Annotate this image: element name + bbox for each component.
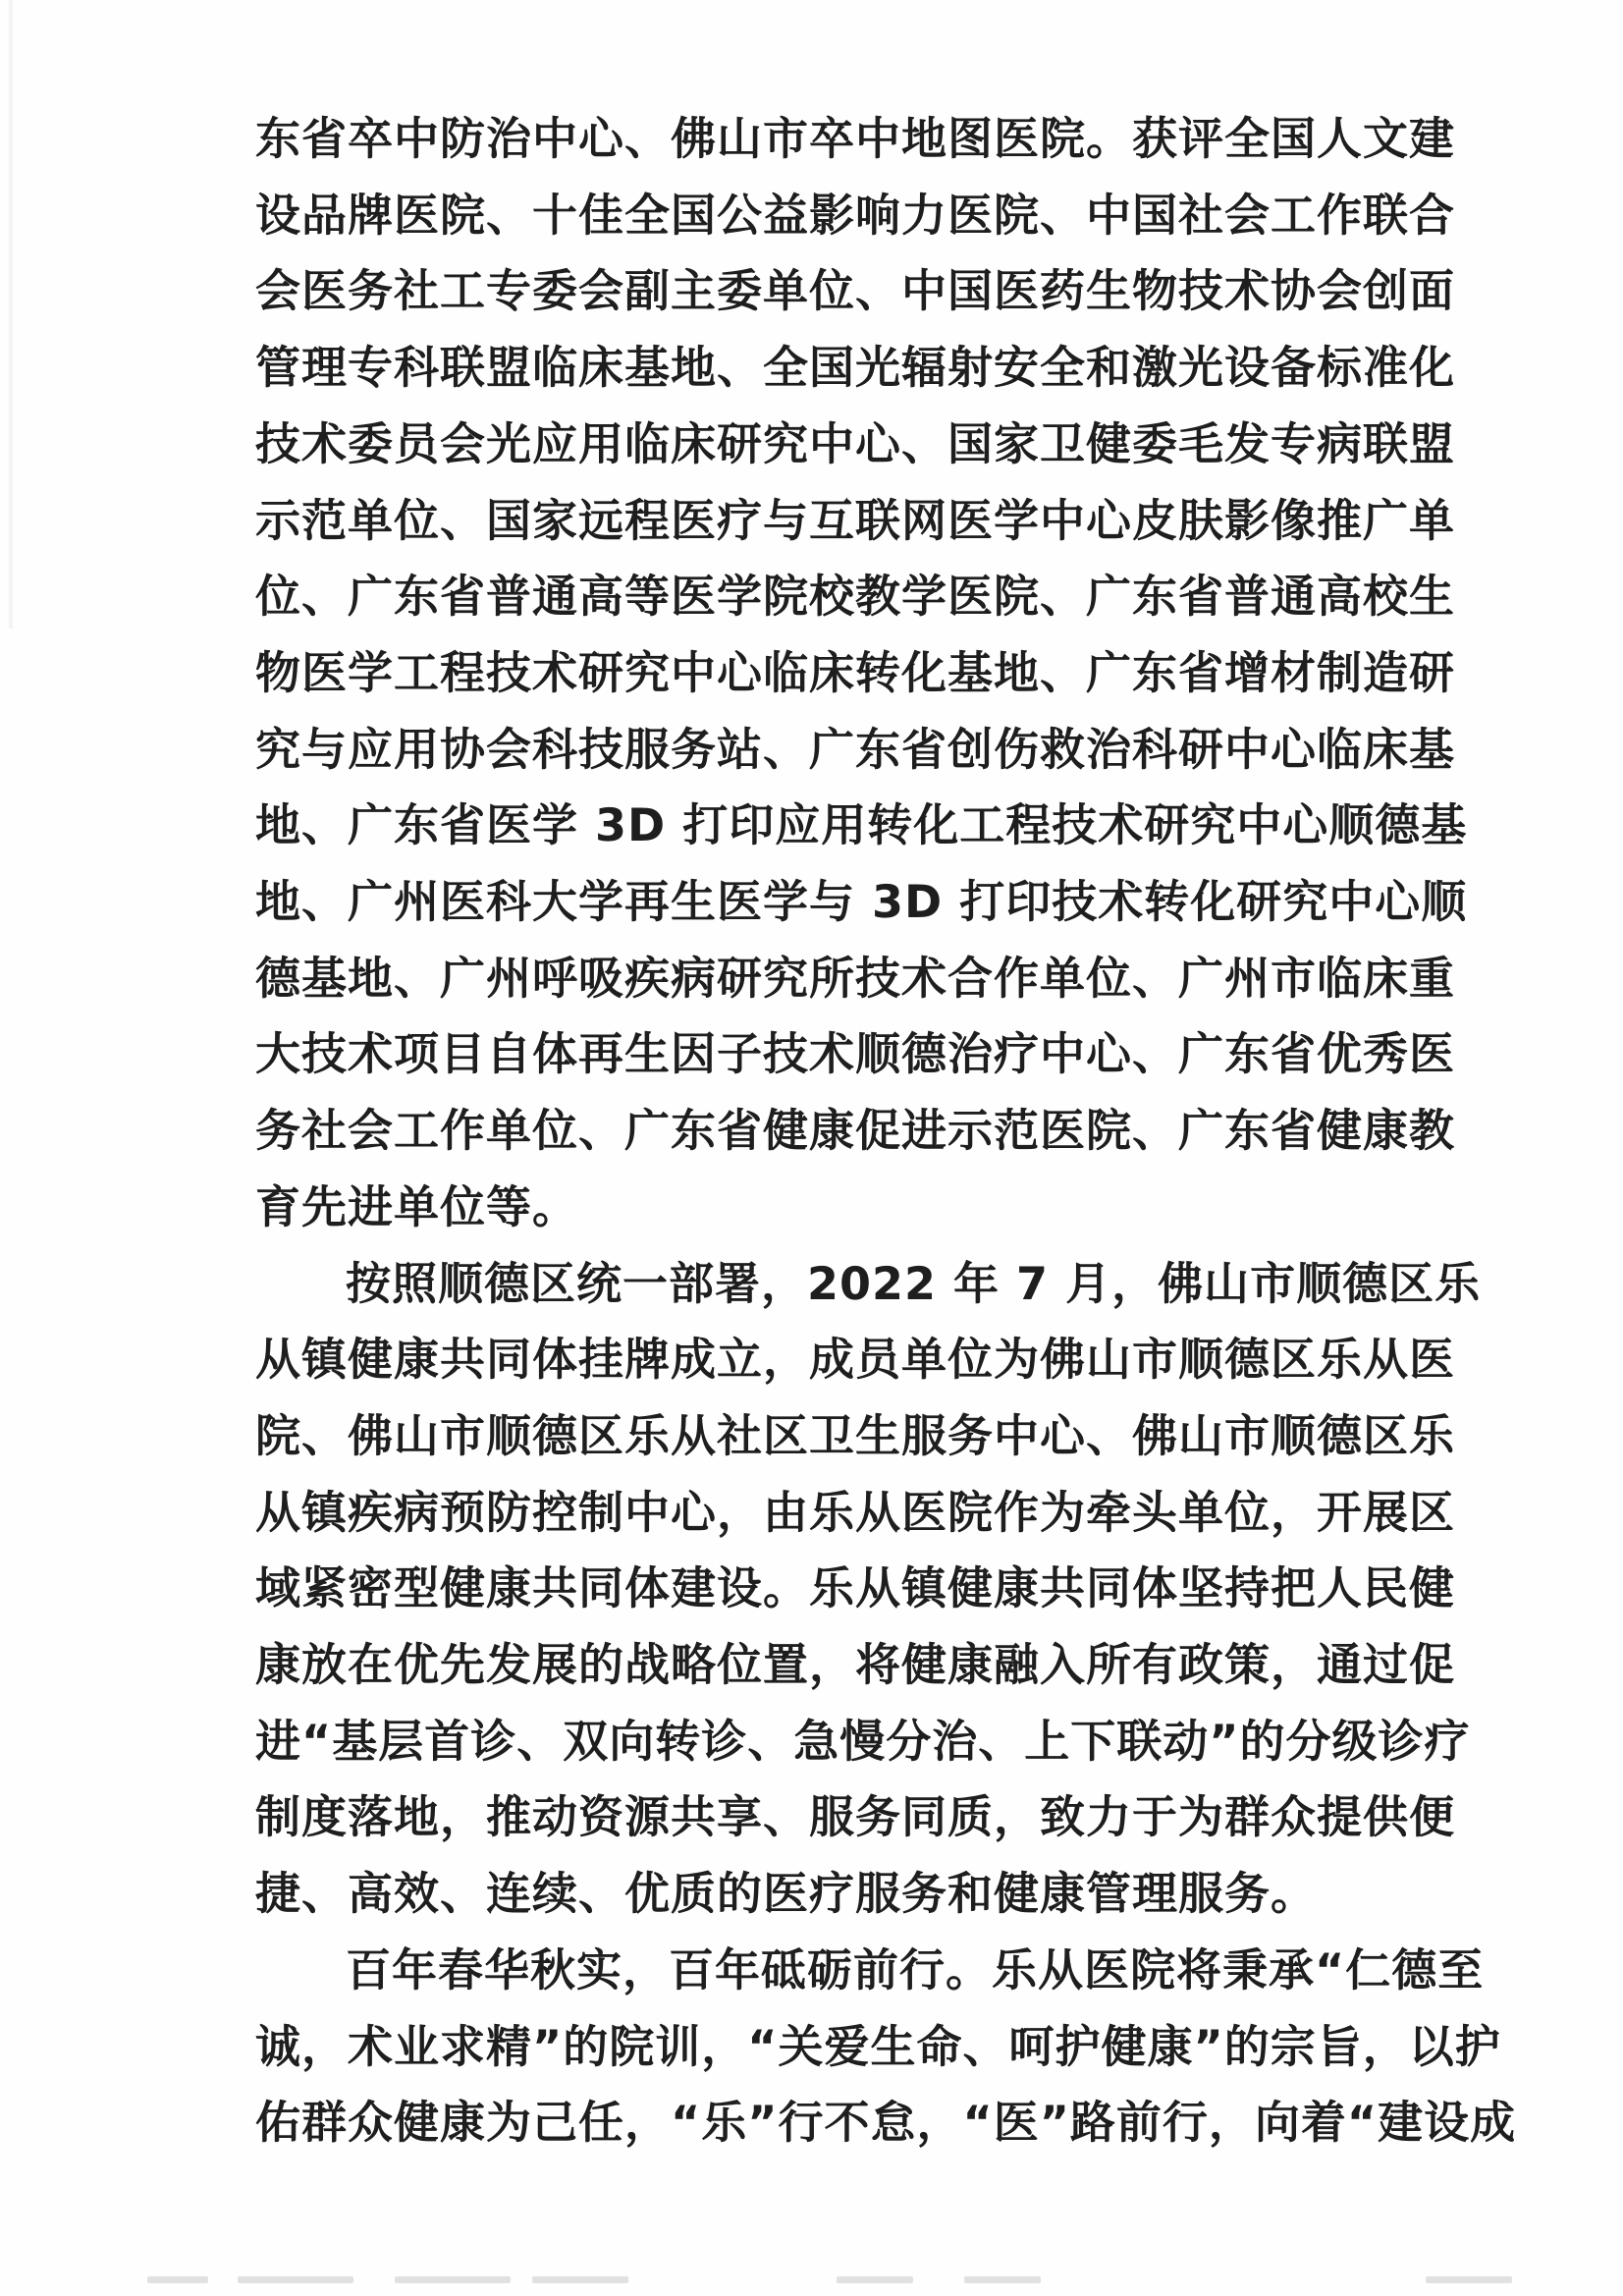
text-line: 从镇健康共同体挂牌成立，成员单位为佛山市顺德区乐从医 <box>255 1322 1397 1398</box>
scan-artifact <box>147 2276 208 2283</box>
text-line: 技术委员会光应用临床研究中心、国家卫健委毛发专病联盟 <box>255 407 1397 483</box>
text-line: 域紧密型健康共同体建设。乐从镇健康共同体坚持把人民健 <box>255 1551 1397 1627</box>
text-line: 会医务社工专委会副主委单位、中国医药生物技术协会创面 <box>255 253 1397 330</box>
scan-artifact-streak <box>9 0 13 629</box>
text-line: 德基地、广州呼吸疾病研究所技术合作单位、广州市临床重 <box>255 941 1397 1017</box>
text-line: 制度落地，推动资源共享、服务同质，致力于为群众提供便 <box>255 1779 1397 1856</box>
text-line: 院、佛山市顺德区乐从社区卫生服务中心、佛山市顺德区乐 <box>255 1398 1397 1475</box>
text-line: 究与应用协会科技服务站、广东省创伤救治科研中心临床基 <box>255 712 1397 789</box>
text-line: 育先进单位等。 <box>255 1170 1397 1246</box>
text-line: 百年春华秋实，百年砥砺前行。乐从医院将秉承“仁德至 <box>255 1933 1397 2009</box>
text-line: 设品牌医院、十佳全国公益影响力医院、中国社会工作联合 <box>255 178 1397 254</box>
scan-artifact <box>395 2276 511 2283</box>
text-line: 地、广东省医学 3D 打印应用转化工程技术研究中心顺德基 <box>255 788 1397 864</box>
text-line: 佑群众健康为己任，“乐”行不怠，“医”路前行，向着“建设成 <box>255 2085 1397 2161</box>
text-line: 务社会工作单位、广东省健康促进示范医院、广东省健康教 <box>255 1093 1397 1170</box>
text-line: 示范单位、国家远程医疗与互联网医学中心皮肤影像推广单 <box>255 483 1397 560</box>
text-line: 管理专科联盟临床基地、全国光辐射安全和激光设备标准化 <box>255 330 1397 407</box>
text-block: 东省卒中防治中心、佛山市卒中地图医院。获评全国人文建设品牌医院、十佳全国公益影响… <box>255 101 1397 2161</box>
text-line: 捷、高效、连续、优质的医疗服务和健康管理服务。 <box>255 1856 1397 1933</box>
scan-artifact <box>532 2276 628 2283</box>
scan-artifact <box>837 2276 913 2283</box>
text-line: 物医学工程技术研究中心临床转化基地、广东省增材制造研 <box>255 635 1397 712</box>
text-line: 按照顺德区统一部署，2022 年 7 月，佛山市顺德区乐 <box>255 1246 1397 1323</box>
next-page-line-fragment <box>0 2276 1623 2296</box>
text-line: 诚，术业求精”的院训，“关爱生命、呵护健康”的宗旨，以护 <box>255 2009 1397 2086</box>
text-line: 从镇疾病预防控制中心，由乐从医院作为牵头单位，开展区 <box>255 1475 1397 1552</box>
document-page: 东省卒中防治中心、佛山市卒中地图医院。获评全国人文建设品牌医院、十佳全国公益影响… <box>0 0 1623 2296</box>
text-line: 位、广东省普通高等医学院校教学医院、广东省普通高校生 <box>255 559 1397 635</box>
text-line: 大技术项目自体再生因子技术顺德治疗中心、广东省优秀医 <box>255 1016 1397 1093</box>
scan-artifact <box>1426 2276 1512 2283</box>
text-line: 康放在优先发展的战略位置，将健康融入所有政策，通过促 <box>255 1627 1397 1704</box>
text-line: 进“基层首诊、双向转诊、急慢分治、上下联动”的分级诊疗 <box>255 1704 1397 1780</box>
scan-artifact <box>964 2276 1041 2283</box>
text-line: 东省卒中防治中心、佛山市卒中地图医院。获评全国人文建 <box>255 101 1397 178</box>
text-line: 地、广州医科大学再生医学与 3D 打印技术转化研究中心顺 <box>255 864 1397 941</box>
scan-artifact <box>238 2276 353 2283</box>
